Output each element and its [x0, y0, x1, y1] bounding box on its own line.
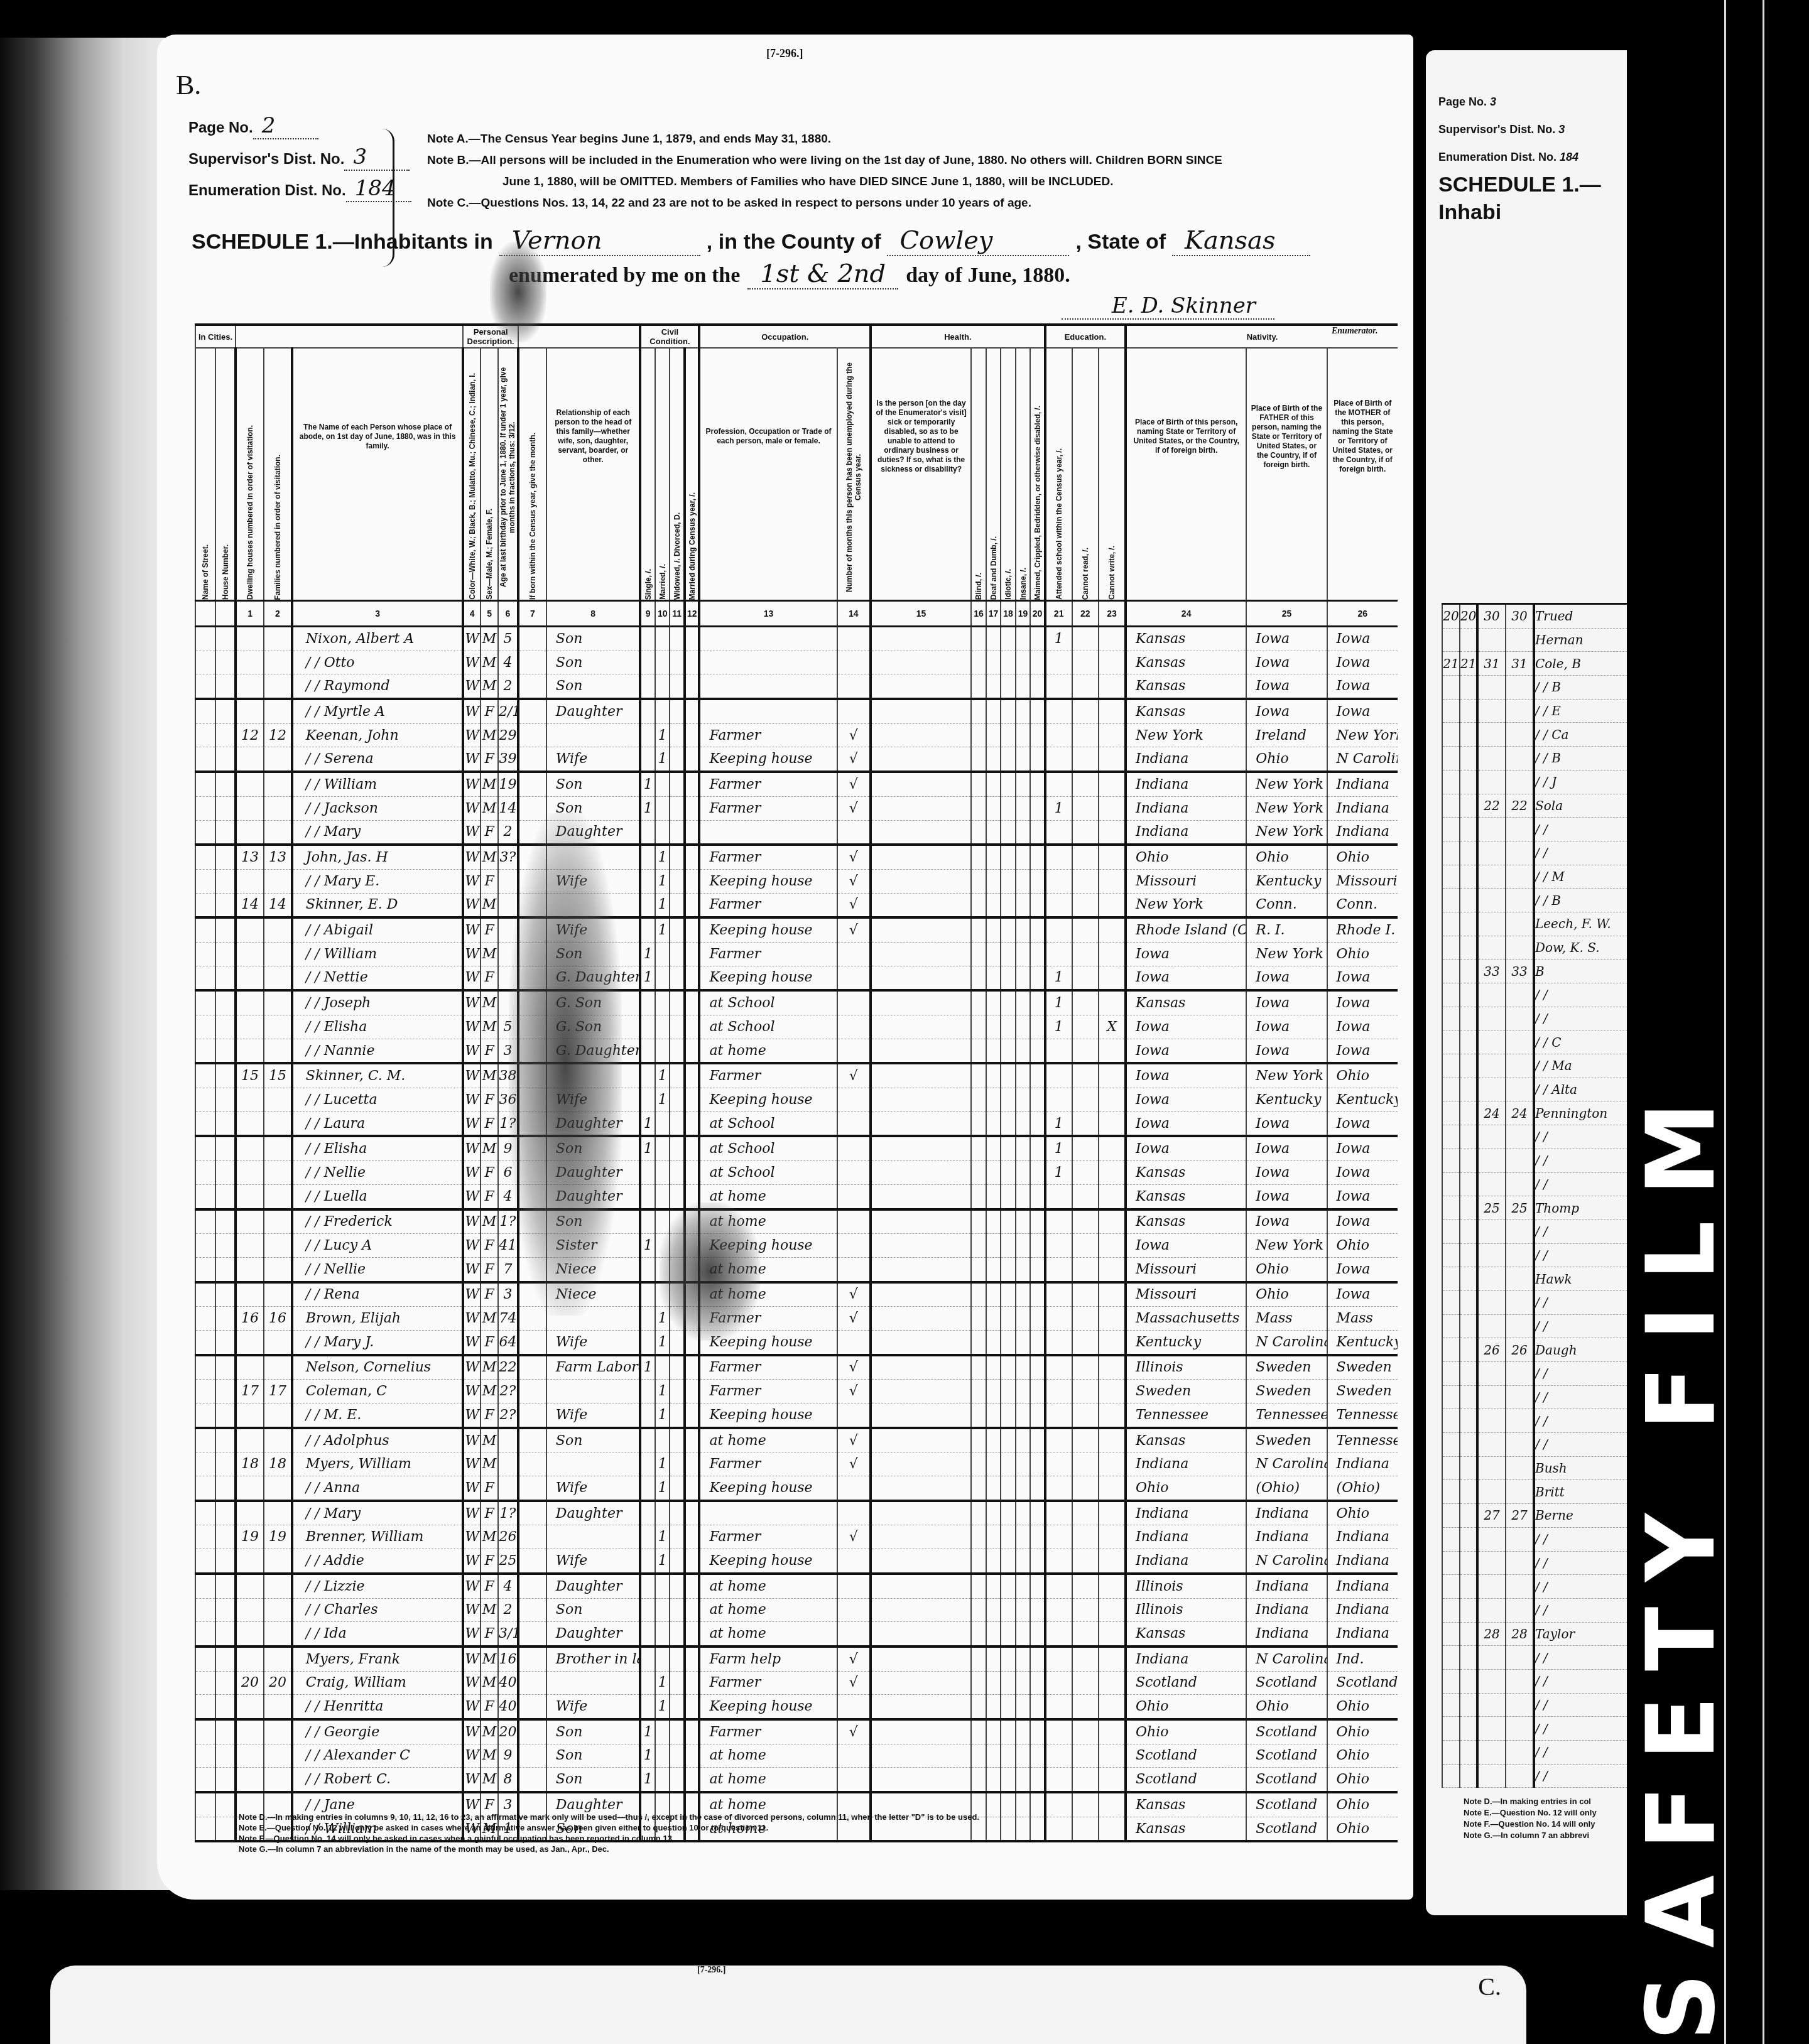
cell-empty: [1072, 1136, 1099, 1160]
cell-empty: [195, 1111, 215, 1136]
cell-occ: at home: [699, 1768, 837, 1792]
cell-empty: [1016, 1403, 1031, 1428]
right-supervisor: Supervisor's Dist. No. 3: [1438, 116, 1627, 143]
cell-empty: [215, 674, 236, 699]
cell-dwelling: 26: [1477, 1338, 1506, 1362]
cell-empty: [1016, 747, 1031, 772]
cell-empty: [1030, 845, 1045, 869]
colnum: 8: [546, 601, 641, 627]
colnum: 17: [986, 601, 1001, 627]
cell-color: W: [463, 990, 481, 1015]
cell-empty: [871, 1476, 971, 1501]
cell-empty: [1001, 699, 1016, 723]
table-row: Nixon, Albert AWM5Son1KansasIowaIowa: [195, 627, 1398, 651]
cell-empty: [1030, 723, 1045, 747]
cell-unemp: [837, 1330, 871, 1355]
table-row: / / AbigailWFWife1Keeping house√Rhode Is…: [195, 917, 1398, 942]
cell-empty: [1016, 966, 1031, 990]
table-row: / / WilliamWM19Son1Farmer√IndianaNew Yor…: [195, 772, 1398, 796]
cell-empty: [1016, 1355, 1031, 1380]
cell-single: [640, 1549, 655, 1574]
table-row: / / NannieWF3G. Daughterat homeIowaIowaI…: [195, 1039, 1398, 1063]
cell-d1: [1442, 983, 1460, 1007]
cell-mbp: Indiana: [1327, 772, 1398, 796]
cell-name: Bush: [1534, 1456, 1627, 1480]
cell-fbp: Indiana: [1246, 1501, 1327, 1525]
cell-color: W: [463, 893, 481, 917]
cell-empty: [195, 1063, 215, 1088]
cell-single: [640, 1039, 655, 1063]
cell-married: [655, 1598, 670, 1622]
cell-bp: Kentucky: [1126, 1330, 1246, 1355]
cell-empty: [215, 1161, 236, 1185]
right-note-e: Note E.—Question No. 12 will only: [1464, 1807, 1597, 1819]
right-table-row: 2626Daugh: [1442, 1338, 1627, 1362]
cell-empty: [685, 1525, 700, 1549]
cell-d2: [1460, 818, 1477, 841]
cell-school: [1045, 1719, 1072, 1744]
col-occupation: Profession, Occupation or Trade of each …: [699, 348, 837, 601]
cell-family: [1506, 1646, 1534, 1670]
cell-unemp: [837, 1209, 871, 1234]
cell-name: / /: [1534, 983, 1627, 1007]
cell-bp: Ohio: [1126, 1476, 1246, 1501]
header-notes: Note A.—The Census Year begins June 1, 1…: [427, 129, 1369, 214]
cell-empty: [986, 1598, 1001, 1622]
cell-empty: [1030, 1574, 1045, 1598]
cell-empty: [670, 1428, 685, 1452]
cell-empty: [215, 1039, 236, 1063]
cell-empty: [670, 1111, 685, 1136]
cell-empty: [1001, 966, 1016, 990]
cell-empty: [215, 1525, 236, 1549]
cell-empty: [1016, 1063, 1031, 1088]
cell-empty: [971, 820, 986, 845]
cell-unemp: [837, 1574, 871, 1598]
cell-school: [1045, 1671, 1072, 1695]
cell-family: [1506, 1409, 1534, 1433]
cell-dwelling: [1477, 1219, 1506, 1243]
cell-empty: [1016, 1744, 1031, 1768]
cell-mbp: Ohio: [1327, 1744, 1398, 1768]
cell-fbp: Sweden: [1246, 1355, 1327, 1380]
cell-dwelling: [236, 1282, 264, 1307]
cell-cannot_write: X: [1099, 1015, 1126, 1039]
cell-d2: [1460, 1196, 1477, 1220]
cell-empty: [1072, 1671, 1099, 1695]
cell-dwelling: [236, 990, 264, 1015]
cell-empty: [518, 651, 546, 674]
cell-dwelling: 20: [236, 1671, 264, 1695]
cell-empty: [1030, 1671, 1045, 1695]
cell-single: 1: [640, 1719, 655, 1744]
cell-bp: Iowa: [1126, 942, 1246, 966]
cell-bp: Kansas: [1126, 1209, 1246, 1234]
cell-color: W: [463, 772, 481, 796]
cell-empty: [215, 820, 236, 845]
cell-d1: [1442, 912, 1460, 936]
cell-empty: [871, 942, 971, 966]
right-table-row: / / B: [1442, 676, 1627, 700]
cell-unemp: √: [837, 869, 871, 893]
cell-empty: [215, 1184, 236, 1209]
cell-family: [264, 1647, 292, 1671]
cell-bp: Iowa: [1126, 966, 1246, 990]
cell-school: [1045, 1695, 1072, 1719]
cell-family: [264, 1719, 292, 1744]
cell-empty: [1001, 917, 1016, 942]
cell-fbp: Ohio: [1246, 1695, 1327, 1719]
cell-empty: [1001, 1574, 1016, 1598]
cell-cannot_write: [1099, 1525, 1126, 1549]
cell-empty: [986, 747, 1001, 772]
cell-d2: [1460, 770, 1477, 794]
schedule-title: SCHEDULE 1.—Inhabitants in: [192, 230, 493, 254]
col-dwelling: Dwelling houses numbered in order of vis…: [236, 348, 264, 601]
colnum: 4: [463, 601, 481, 627]
cell-occ: Keeping house: [699, 1403, 837, 1428]
table-row: / / LuellaWF4Daughterat homeKansasIowaIo…: [195, 1184, 1398, 1209]
cell-married: [655, 1136, 670, 1160]
cell-family: 25: [1506, 1196, 1534, 1220]
cell-cannot_write: [1099, 1209, 1126, 1234]
cell-empty: [971, 1403, 986, 1428]
cell-empty: [215, 651, 236, 674]
cell-empty: [670, 845, 685, 869]
cell-cannot_write: [1099, 1501, 1126, 1525]
cell-fbp: Iowa: [1246, 1039, 1327, 1063]
cell-d1: [1442, 1598, 1460, 1622]
colnum: 22: [1072, 601, 1099, 627]
cell-empty: [215, 1330, 236, 1355]
cell-d1: [1442, 699, 1460, 723]
cell-empty: [971, 1307, 986, 1331]
cell-empty: [1030, 1817, 1045, 1841]
cell-fbp: Iowa: [1246, 1184, 1327, 1209]
cell-empty: [518, 1622, 546, 1647]
cell-bp: Kansas: [1126, 1817, 1246, 1841]
cell-fbp: Scotland: [1246, 1768, 1327, 1792]
cell-empty: [215, 1817, 236, 1841]
cell-dwelling: 31: [1477, 652, 1506, 676]
cell-family: [264, 1549, 292, 1574]
cell-bp: Indiana: [1126, 1549, 1246, 1574]
cell-age: 29: [498, 723, 518, 747]
cell-sex: F: [481, 1184, 498, 1209]
table-row: / / Alexander CWM9Son1at homeScotlandSco…: [195, 1744, 1398, 1768]
table-row: / / NellieWF6Daughterat School1KansasIow…: [195, 1161, 1398, 1185]
cell-bp: Kansas: [1126, 1161, 1246, 1185]
cell-empty: [986, 772, 1001, 796]
cell-empty: [986, 1136, 1001, 1160]
cell-single: 1: [640, 1136, 655, 1160]
right-table-row: 2727Berne: [1442, 1504, 1627, 1528]
cell-empty: [871, 1111, 971, 1136]
cell-family: [1506, 699, 1534, 723]
cell-occ: Farmer: [699, 1063, 837, 1088]
right-table-row: / /: [1442, 1717, 1627, 1741]
cell-empty: [215, 1063, 236, 1088]
cell-occ: [699, 674, 837, 699]
cell-dwelling: [1477, 1764, 1506, 1788]
cell-empty: [1001, 651, 1016, 674]
cell-empty: [685, 1695, 700, 1719]
cell-empty: [871, 1501, 971, 1525]
cell-d2: [1460, 1030, 1477, 1054]
cell-empty: [986, 1209, 1001, 1234]
cell-empty: [685, 651, 700, 674]
cell-d1: [1442, 1717, 1460, 1741]
cell-school: 1: [1045, 627, 1072, 651]
page-number-value: 2: [253, 113, 318, 139]
cell-empty: [670, 747, 685, 772]
cell-empty: [986, 1428, 1001, 1452]
cell-empty: [986, 1234, 1001, 1258]
cell-empty: [1001, 627, 1016, 651]
right-table-row: 3333B: [1442, 960, 1627, 983]
cell-family: [264, 1330, 292, 1355]
cell-color: W: [463, 699, 481, 723]
supervisor-row: Supervisor's Dist. No. 3: [188, 144, 411, 176]
cell-empty: [971, 1476, 986, 1501]
cell-cannot_write: [1099, 1355, 1126, 1380]
right-table-row: / / E: [1442, 699, 1627, 723]
cell-single: [640, 1282, 655, 1307]
right-census-grid: 20203030TruedHernan21213131Cole, B/ / B/…: [1442, 605, 1627, 1788]
cell-empty: [871, 674, 971, 699]
cell-color: W: [463, 1355, 481, 1380]
cell-single: [640, 1622, 655, 1647]
cell-empty: [518, 1695, 546, 1719]
cell-bp: Missouri: [1126, 1282, 1246, 1307]
cell-d1: [1442, 723, 1460, 747]
next-page-strip: [7-296.] C.: [50, 1966, 1526, 2044]
cell-school: [1045, 893, 1072, 917]
cell-empty: [871, 1768, 971, 1792]
cell-empty: [215, 1257, 236, 1282]
cell-empty: [971, 1768, 986, 1792]
cell-dwelling: [236, 1476, 264, 1501]
cell-fbp: Ohio: [1246, 1282, 1327, 1307]
cell-empty: [871, 966, 971, 990]
table-row: / / JosephWMG. Sonat School1KansasIowaIo…: [195, 990, 1398, 1015]
cell-fbp: Scotland: [1246, 1719, 1327, 1744]
cell-empty: [685, 1452, 700, 1476]
colnum: [215, 601, 236, 627]
cell-family: [264, 1088, 292, 1112]
cell-single: [640, 1088, 655, 1112]
cell-empty: [1016, 1428, 1031, 1452]
cell-empty: [1001, 1015, 1016, 1039]
cell-empty: [1030, 942, 1045, 966]
cell-name: Britt: [1534, 1480, 1627, 1504]
cell-occ: Farmer: [699, 845, 837, 869]
cell-bp: Kansas: [1126, 1184, 1246, 1209]
cell-school: [1045, 917, 1072, 942]
cell-color: W: [463, 1209, 481, 1234]
cell-empty: [215, 1622, 236, 1647]
cell-d1: [1442, 936, 1460, 960]
cell-d2: [1460, 889, 1477, 912]
cell-family: [264, 772, 292, 796]
cell-bp: Ohio: [1126, 1695, 1246, 1719]
cell-fbp: Sweden: [1246, 1428, 1327, 1452]
cell-empty: [1016, 1525, 1031, 1549]
cell-unemp: [837, 1111, 871, 1136]
cell-sex: F: [481, 820, 498, 845]
right-schedule-title: SCHEDULE 1.—Inhabi: [1438, 171, 1627, 226]
cell-name: / / Mary E.: [292, 869, 464, 893]
cell-fbp: Iowa: [1246, 1111, 1327, 1136]
cell-empty: [670, 1088, 685, 1112]
cell-mbp: Iowa: [1327, 1282, 1398, 1307]
cell-empty: [685, 1039, 700, 1063]
cell-name: / / Ida: [292, 1622, 464, 1647]
cell-empty: [1001, 1549, 1016, 1574]
cell-cannot_write: [1099, 1161, 1126, 1185]
cell-d2: [1460, 841, 1477, 865]
cell-married: 1: [655, 723, 670, 747]
cell-school: [1045, 1622, 1072, 1647]
cell-sex: F: [481, 1403, 498, 1428]
cell-unemp: [837, 1768, 871, 1792]
cell-color: W: [463, 1452, 481, 1476]
cell-mbp: Iowa: [1327, 1136, 1398, 1160]
cell-d2: [1460, 1717, 1477, 1741]
cell-empty: [195, 1307, 215, 1331]
cell-empty: [971, 942, 986, 966]
cell-occ: at home: [699, 1039, 837, 1063]
cell-empty: [195, 699, 215, 723]
table-row: / / OttoWM4SonKansasIowaIowa: [195, 651, 1398, 674]
cell-family: [1506, 818, 1534, 841]
cell-fbp: Iowa: [1246, 990, 1327, 1015]
cell-mbp: Missouri: [1327, 869, 1398, 893]
cell-empty: [1030, 1549, 1045, 1574]
cell-school: [1045, 1039, 1072, 1063]
cell-name: / /: [1534, 1219, 1627, 1243]
cell-school: 1: [1045, 1111, 1072, 1136]
cell-unemp: [837, 1695, 871, 1719]
cell-family: [1506, 1433, 1534, 1457]
right-table-row: / /: [1442, 983, 1627, 1007]
cell-empty: [195, 1744, 215, 1768]
cell-empty: [1001, 1452, 1016, 1476]
right-table-row: 2828Taylor: [1442, 1622, 1627, 1646]
cell-sex: M: [481, 674, 498, 699]
cell-rel: Son: [546, 1719, 641, 1744]
cell-bp: Iowa: [1126, 1111, 1246, 1136]
cell-occ: Keeping house: [699, 869, 837, 893]
cell-empty: [1030, 1209, 1045, 1234]
cell-empty: [670, 699, 685, 723]
cell-bp: New York: [1126, 893, 1246, 917]
cell-cannot_write: [1099, 1088, 1126, 1112]
cell-name: / / Serena: [292, 747, 464, 772]
cell-occ: Farmer: [699, 893, 837, 917]
cell-dwelling: 27: [1477, 1504, 1506, 1528]
cell-empty: [1030, 1161, 1045, 1185]
table-row: / / Lucy AWF41Sister1Keeping houseIowaNe…: [195, 1234, 1398, 1258]
county-label: , in the County of: [707, 230, 881, 254]
cell-d2: [1460, 1646, 1477, 1670]
table-row: 1414Skinner, E. DWM1Farmer√New YorkConn.…: [195, 893, 1398, 917]
cell-color: W: [463, 1063, 481, 1088]
cell-empty: [1001, 1695, 1016, 1719]
cell-married: [655, 820, 670, 845]
cell-empty: [986, 1088, 1001, 1112]
cell-school: [1045, 1598, 1072, 1622]
cell-fbp: Indiana: [1246, 1525, 1327, 1549]
cell-single: 1: [640, 1355, 655, 1380]
col-color: Color—White, W.; Black, B.; Mulatto, Mu.…: [463, 348, 481, 601]
cell-name: / /: [1534, 1149, 1627, 1172]
cell-empty: [195, 1598, 215, 1622]
colnum: 3: [292, 601, 464, 627]
cell-rel: Daughter: [546, 699, 641, 723]
census-table: In Cities. Personal Description. Civil C…: [195, 323, 1398, 1842]
cell-married: [655, 1355, 670, 1380]
cell-empty: [1001, 1428, 1016, 1452]
col-mother-birthplace: Place of Birth of the MOTHER of this per…: [1327, 348, 1398, 601]
book-binding-edge: [0, 38, 176, 1890]
cell-family: [1506, 676, 1534, 700]
cell-dwelling: 15: [236, 1063, 264, 1088]
cell-empty: [195, 893, 215, 917]
cell-bp: Missouri: [1126, 869, 1246, 893]
cell-sex: F: [481, 1501, 498, 1525]
cell-school: [1045, 1768, 1072, 1792]
cell-married: [655, 699, 670, 723]
cell-name: / /: [1534, 1646, 1627, 1670]
cell-occ: Farmer: [699, 1452, 837, 1476]
cell-dwelling: [1477, 818, 1506, 841]
cell-empty: [971, 651, 986, 674]
colnum: 15: [871, 601, 971, 627]
cell-d2: [1460, 1125, 1477, 1149]
cell-name: / / Mary: [292, 1501, 464, 1525]
cell-cannot_write: [1099, 1671, 1126, 1695]
cell-single: 1: [640, 772, 655, 796]
cell-sex: M: [481, 1525, 498, 1549]
cell-bp: Massachusetts: [1126, 1307, 1246, 1331]
cell-single: [640, 1209, 655, 1234]
cell-mbp: Mass: [1327, 1307, 1398, 1331]
cell-married: 1: [655, 1088, 670, 1112]
cell-empty: [871, 1088, 971, 1112]
cell-family: [1506, 1575, 1534, 1599]
film-edge-line: [1763, 0, 1764, 2044]
cell-single: [640, 627, 655, 651]
cell-empty: [670, 917, 685, 942]
cell-empty: [971, 1063, 986, 1088]
cell-empty: [971, 1282, 986, 1307]
cell-empty: [1072, 1380, 1099, 1403]
cell-cannot_write: [1099, 893, 1126, 917]
cell-name: / / E: [1534, 699, 1627, 723]
cell-empty: [986, 1063, 1001, 1088]
cell-empty: [986, 1501, 1001, 1525]
cell-empty: [518, 1525, 546, 1549]
cell-d2: [1460, 1101, 1477, 1125]
cell-family: [264, 1403, 292, 1428]
cell-sex: M: [481, 1136, 498, 1160]
col-cannot-read: Cannot read, /.: [1072, 348, 1099, 601]
cell-single: [640, 1574, 655, 1598]
right-table-row: 21213131Cole, B: [1442, 652, 1627, 676]
cell-empty: [971, 1719, 986, 1744]
cell-unemp: [837, 1039, 871, 1063]
